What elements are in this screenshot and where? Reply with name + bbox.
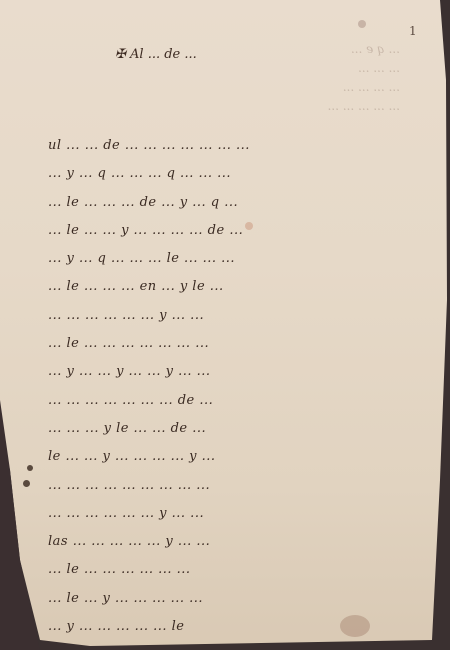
bleed-through-text: ... q e ... ... ... ... ... ... ... ... … — [30, 40, 400, 135]
manuscript-line: ... y ... ... ... ... ... le — [48, 619, 428, 647]
manuscript-line: ... le ... ... ... ... ... ... — [48, 562, 428, 590]
manuscript-line: ... y ... ... y ... ... y ... ... — [48, 364, 428, 392]
manuscript-line: ... le ... ... y ... ... ... ... de ... — [48, 223, 428, 251]
manuscript-line: ... le ... y ... ... ... ... ... — [48, 591, 428, 619]
manuscript-line: ... ... ... ... ... ... y ... ... — [48, 506, 428, 534]
manuscript-line: ... le ... ... ... en ... y le ... — [48, 279, 428, 307]
manuscript-line: le ... ... y ... ... ... ... y ... — [48, 449, 428, 477]
manuscript-line: ... le ... ... ... ... ... ... ... — [48, 336, 428, 364]
ink-blot — [358, 20, 366, 28]
page-number: 1 — [409, 24, 417, 38]
manuscript-line: ... ... ... ... ... ... ... de ... — [48, 393, 428, 421]
manuscript-line: ... y ... q ... ... ... q ... ... ... — [48, 166, 428, 194]
manuscript-line: ... ... ... ... ... ... y ... ... — [48, 308, 428, 336]
manuscript-line: ul ... ... de ... ... ... ... ... ... ..… — [48, 138, 428, 166]
manuscript-line: ... ... ... y le ... ... de ... — [48, 421, 428, 449]
document-heading: ✠ Al ... de ... — [115, 47, 197, 62]
manuscript-line: ... y ... q ... ... ... le ... ... ... — [48, 251, 428, 279]
manuscript-line: las ... ... ... ... ... y ... ... — [48, 534, 428, 562]
water-stain — [245, 222, 253, 230]
water-stain — [340, 615, 370, 637]
manuscript-line: ... le ... ... ... de ... y ... q ... — [48, 195, 428, 223]
ink-dot — [27, 465, 33, 471]
ink-dot — [23, 480, 30, 487]
manuscript-line: ... ... ... ... ... ... ... ... ... — [48, 478, 428, 506]
manuscript-body: ul ... ... de ... ... ... ... ... ... ..… — [48, 138, 428, 647]
